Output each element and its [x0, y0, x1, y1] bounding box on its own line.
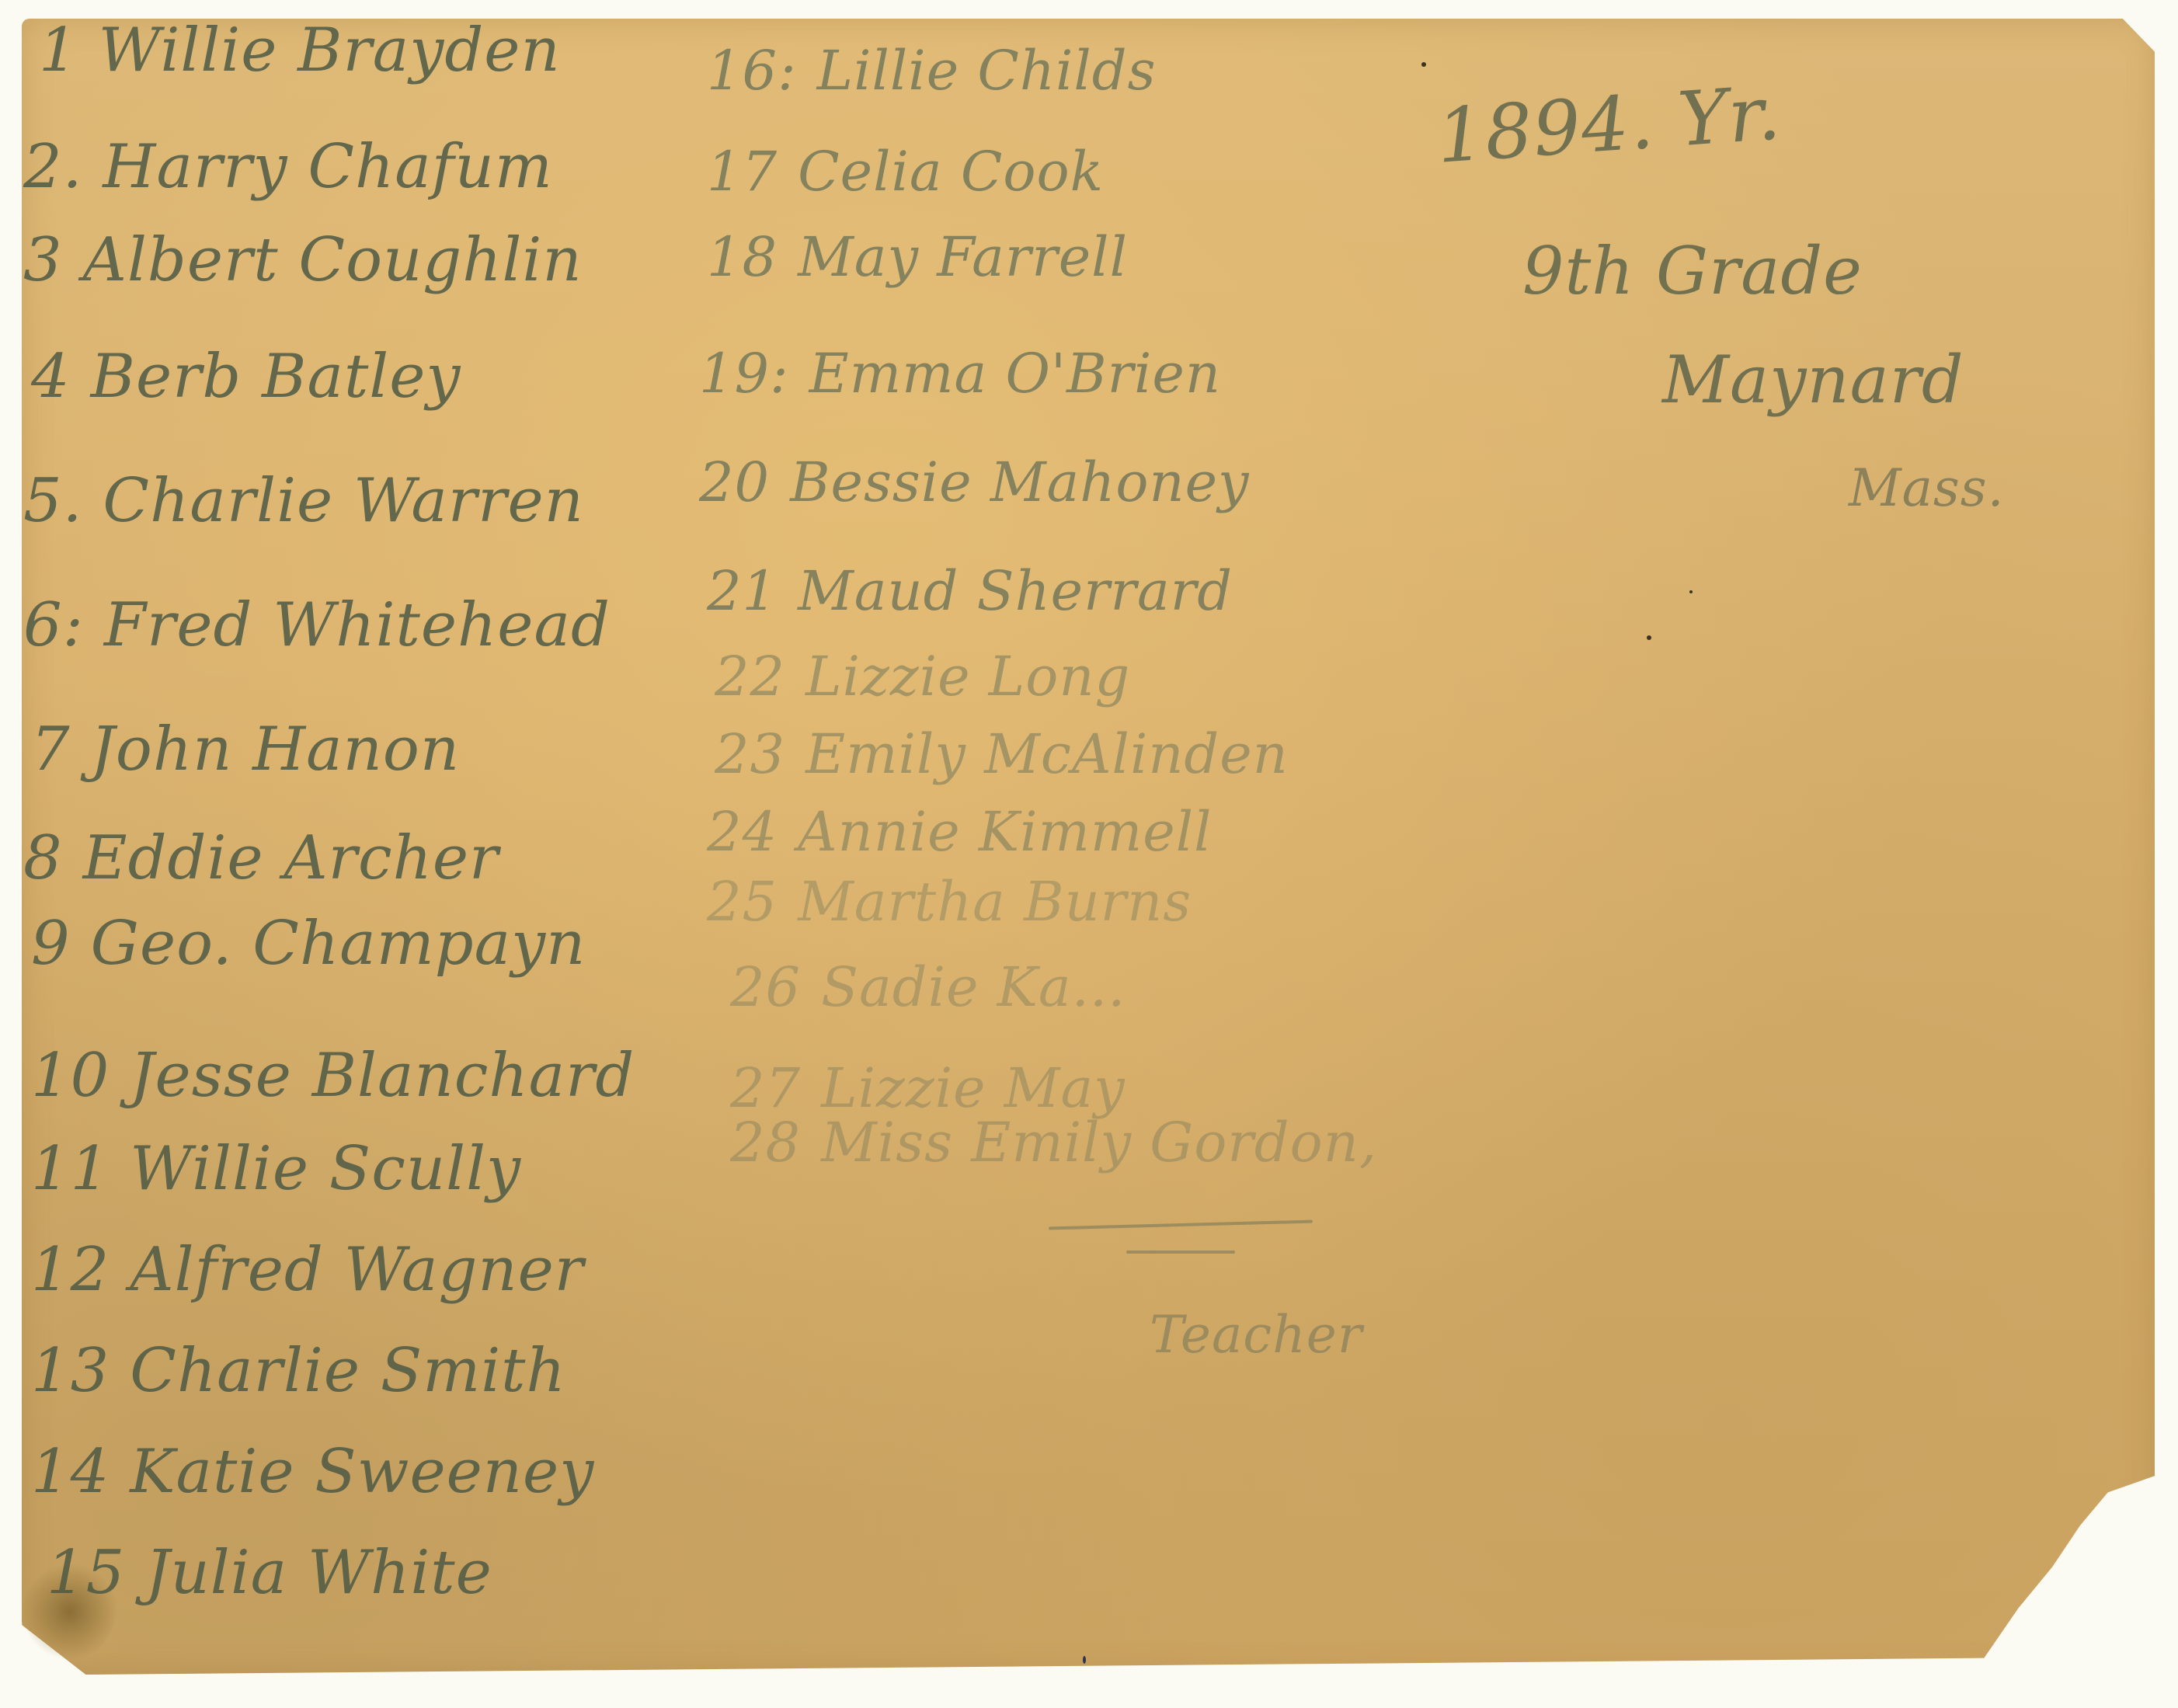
roster-entry: 28Miss Emily Gordon, — [730, 1111, 1377, 1174]
roster-entry: 11Willie Scully — [31, 1134, 521, 1204]
entry-name: Albert Coughlin — [83, 225, 583, 295]
roster-entry: 25Martha Burns — [707, 870, 1192, 934]
entry-number: 11 — [31, 1134, 110, 1204]
entry-number: 14 — [31, 1437, 110, 1507]
entry-name: Sadie Ka... — [821, 955, 1126, 1019]
entry-number: 23 — [715, 722, 785, 786]
ink-speck — [1083, 1656, 1086, 1664]
entry-number: 17 — [707, 140, 778, 203]
entry-number: 28 — [730, 1111, 801, 1174]
entry-name: Fred Whitehead — [104, 590, 611, 660]
entry-name: Geo. Champayn — [91, 909, 586, 979]
roster-entry: 9Geo. Champayn — [31, 909, 586, 979]
entry-number: 2. — [23, 132, 82, 202]
entry-number: 4 — [31, 342, 71, 412]
entry-number: 7 — [31, 715, 71, 784]
roster-entry: 2.Harry Chafum — [23, 132, 553, 202]
entry-number: 15 — [47, 1538, 125, 1608]
roster-entry: 3Albert Coughlin — [23, 225, 583, 295]
entry-name: Maud Sherrard — [798, 559, 1233, 623]
entry-number: 8 — [23, 823, 63, 893]
entry-number: 18 — [707, 225, 778, 289]
ink-speck — [1421, 62, 1426, 67]
entry-name: Bessie Mahoney — [790, 450, 1249, 514]
roster-entry: 23Emily McAlinden — [715, 722, 1289, 786]
entry-name: Lillie Childs — [817, 39, 1157, 103]
roster-entry: 18May Farrell — [707, 225, 1128, 289]
roster-entry: 7John Hanon — [31, 715, 460, 784]
entry-name: Lizzie Long — [805, 645, 1130, 708]
state-label: Mass. — [1849, 458, 2005, 518]
entry-name: Emma O'Brien — [809, 342, 1221, 405]
entry-name: Charlie Warren — [103, 466, 583, 536]
entry-name: Celia Cook — [798, 140, 1104, 203]
entry-number: 9 — [31, 909, 71, 979]
entry-name: John Hanon — [91, 715, 460, 784]
signature-underline-short — [1126, 1251, 1235, 1254]
entry-number: 13 — [31, 1336, 110, 1406]
entry-name: Harry Chafum — [103, 132, 552, 202]
entry-number: 3 — [23, 225, 63, 295]
ink-speck — [1689, 590, 1693, 593]
entry-number: 24 — [707, 800, 778, 864]
roster-entry: 24Annie Kimmell — [707, 800, 1213, 864]
entry-number: 12 — [31, 1235, 110, 1305]
roster-entry: 1Willie Brayden — [39, 16, 561, 85]
town-label: Maynard — [1662, 342, 1964, 418]
roster-entry: 20Bessie Mahoney — [699, 450, 1250, 514]
roster-entry: 8Eddie Archer — [23, 823, 499, 893]
entry-number: 20 — [699, 450, 770, 514]
roster-entry: 26Sadie Ka... — [730, 955, 1126, 1019]
roster-entry: 16:Lillie Childs — [707, 39, 1157, 103]
entry-name: Willie Scully — [130, 1134, 521, 1204]
entry-name: Charlie Smith — [130, 1336, 565, 1406]
roster-entry: 13Charlie Smith — [31, 1336, 566, 1406]
roster-entry: 15Julia White — [47, 1538, 492, 1608]
roster-entry: 4Berb Batley — [31, 342, 461, 412]
entry-name: Julia White — [145, 1538, 492, 1608]
entry-name: Emily McAlinden — [805, 722, 1289, 786]
entry-name: Martha Burns — [798, 870, 1192, 934]
entry-name: Alfred Wagner — [130, 1235, 584, 1305]
entry-number: 10 — [31, 1041, 110, 1111]
roster-entry: 5.Charlie Warren — [23, 466, 584, 536]
roster-entry: 22Lizzie Long — [715, 645, 1130, 708]
ink-speck — [1647, 635, 1651, 640]
entry-name: Eddie Archer — [83, 823, 499, 893]
entry-number: 6: — [23, 590, 84, 660]
entry-number: 25 — [707, 870, 778, 934]
entry-name: Willie Brayden — [99, 16, 561, 85]
teacher-label: Teacher — [1150, 1305, 1362, 1365]
entry-name: May Farrell — [798, 225, 1128, 289]
entry-name: Miss Emily Gordon, — [821, 1111, 1377, 1174]
roster-entry: 12Alfred Wagner — [31, 1235, 584, 1305]
entry-name: Katie Sweeney — [130, 1437, 594, 1507]
entry-name: Berb Batley — [91, 342, 461, 412]
grade-label: 9th Grade — [1522, 233, 1863, 309]
entry-number: 26 — [730, 955, 801, 1019]
roster-entry: 10Jesse Blanchard — [31, 1041, 635, 1111]
entry-number: 19: — [699, 342, 789, 405]
roster-entry: 6:Fred Whitehead — [23, 590, 611, 660]
entry-number: 5. — [23, 466, 82, 536]
entry-number: 21 — [707, 559, 778, 623]
entry-number: 16: — [707, 39, 797, 103]
entry-number: 1 — [39, 16, 78, 85]
roster-entry: 19:Emma O'Brien — [699, 342, 1221, 405]
roster-entry: 21Maud Sherrard — [707, 559, 1233, 623]
roster-entry: 14Katie Sweeney — [31, 1437, 594, 1507]
entry-name: Jesse Blanchard — [130, 1041, 635, 1111]
entry-number: 22 — [715, 645, 785, 708]
roster-entry: 17Celia Cook — [707, 140, 1104, 203]
entry-name: Annie Kimmell — [798, 800, 1212, 864]
